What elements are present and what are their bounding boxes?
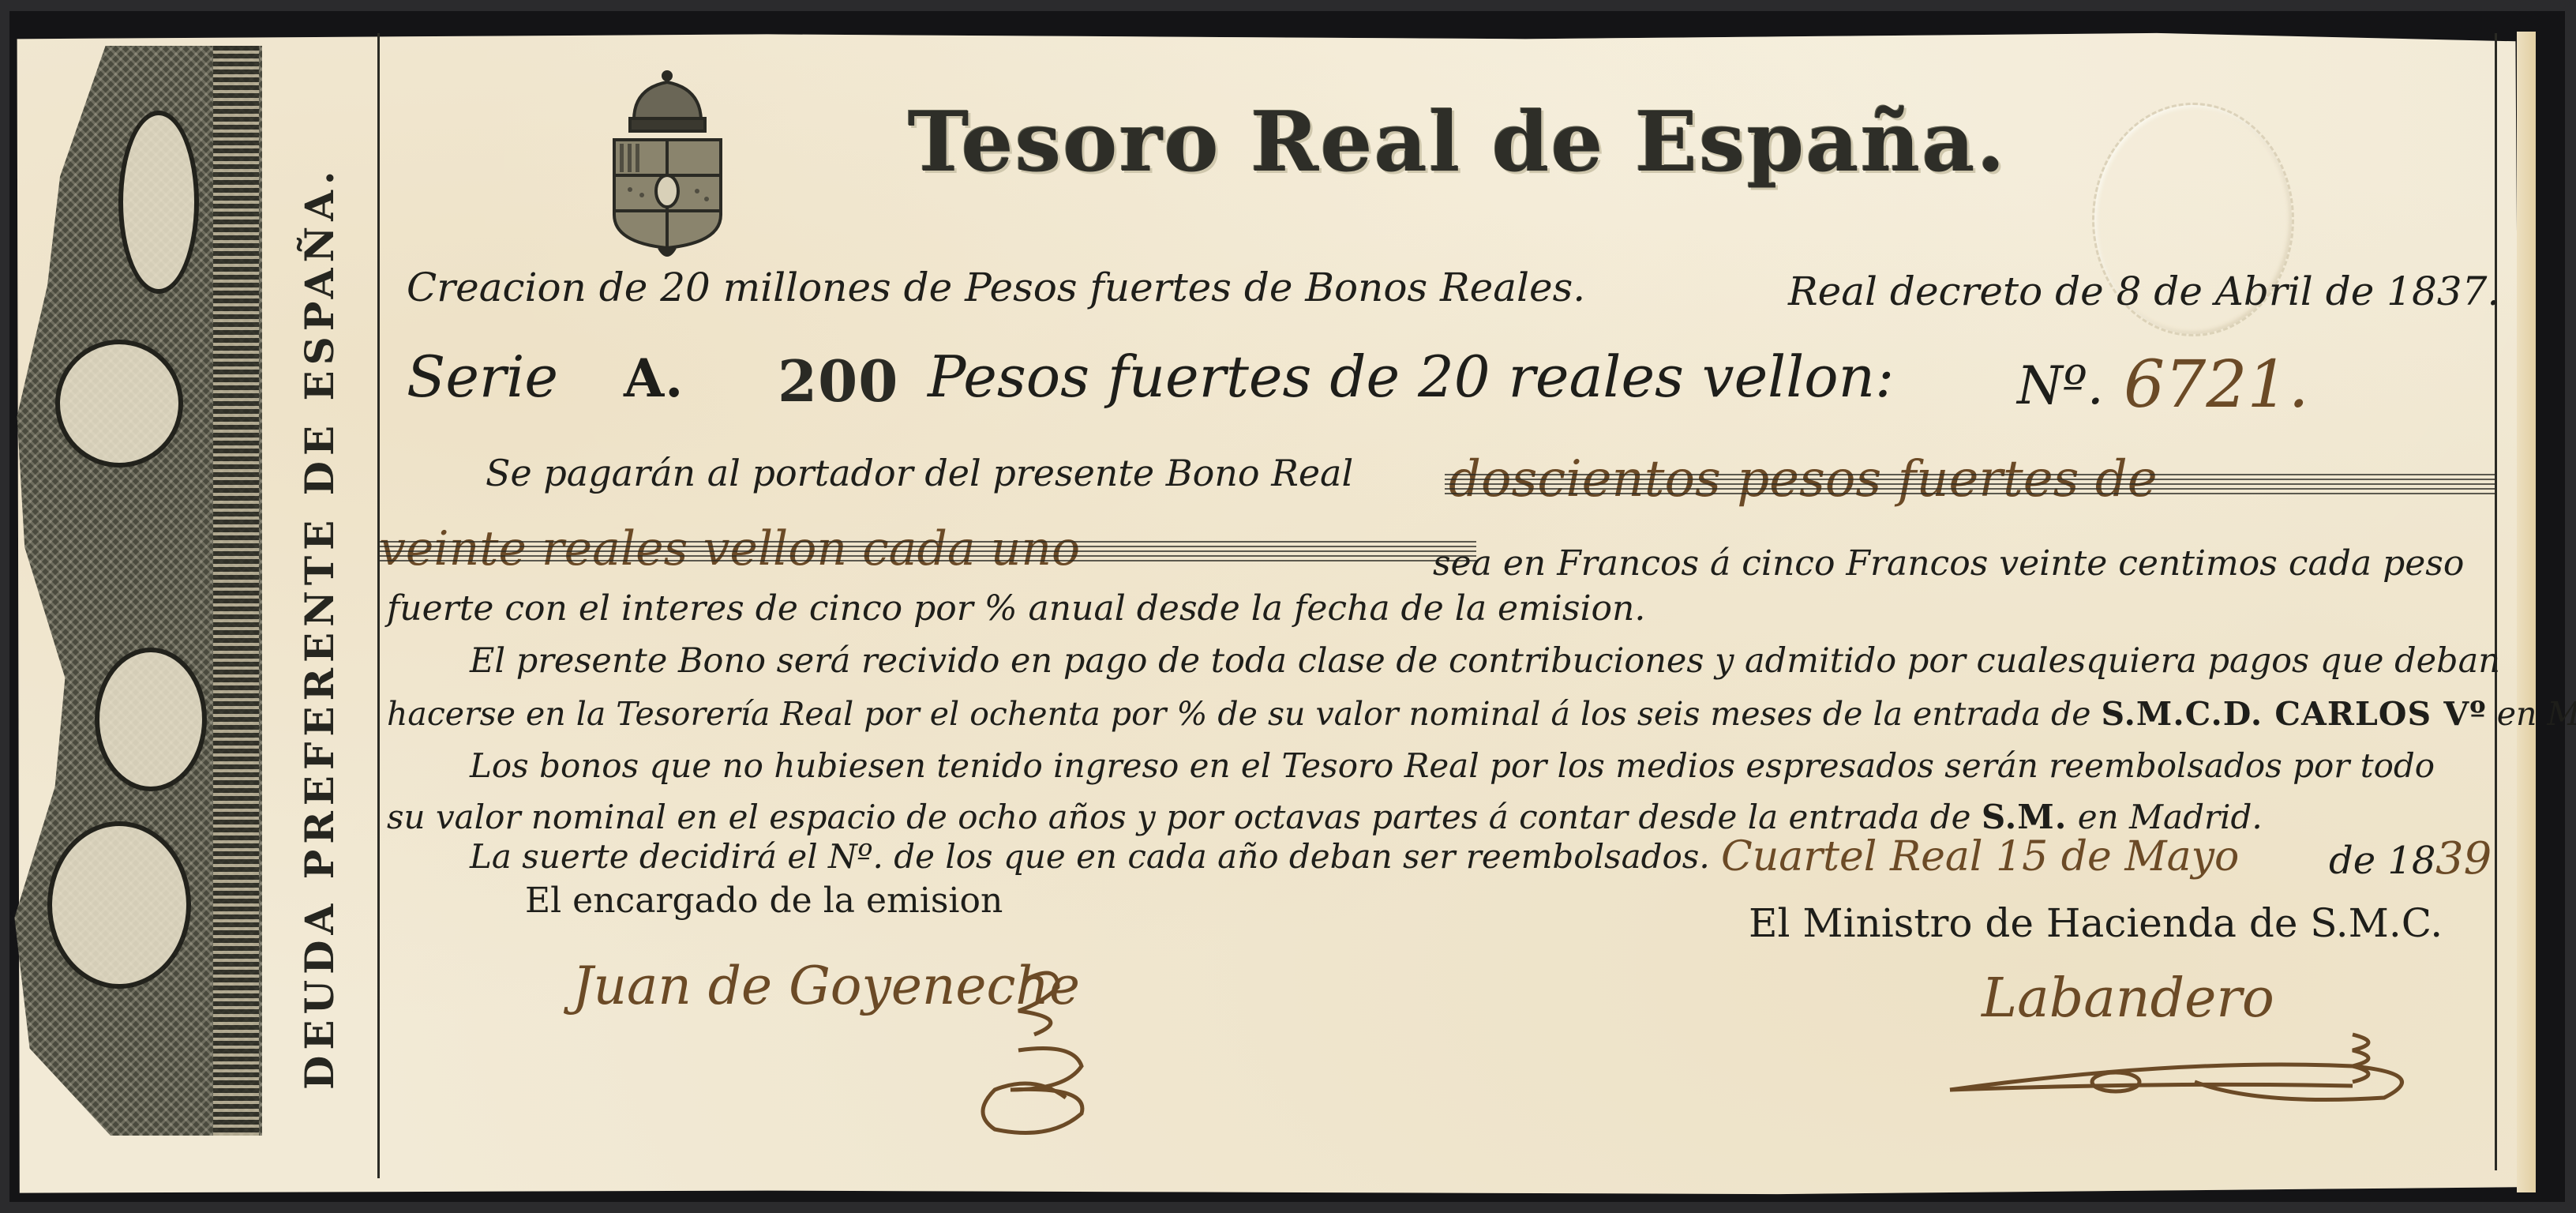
royal-crest-icon	[602, 65, 733, 266]
ornament-leaf-icon	[118, 111, 199, 294]
paper-right-margin	[2517, 32, 2536, 1192]
ornament-border-strip	[213, 46, 259, 1136]
minister-rubric-icon	[1942, 1003, 2447, 1113]
left-border-rule	[377, 33, 380, 1178]
lottery-clause: La suerte decidirá el Nº. de los que en …	[470, 837, 1710, 876]
number-label: Nº.	[2017, 355, 2104, 416]
series-label: Serie	[407, 344, 558, 410]
king-name: S.M.C.D. CARLOS Vº	[2102, 695, 2487, 733]
treasury-clause: hacerse en la Tesorería Real por el oche…	[387, 695, 2576, 733]
ornament-fan-icon	[47, 821, 191, 989]
redemption-term-end: en Madrid.	[2078, 798, 2263, 836]
redemption-term-clause: su valor nominal en el espacio de ocho a…	[387, 798, 2263, 836]
minister-label: El Ministro de Hacienda de S.M.C.	[1749, 900, 2443, 946]
bond-amount: 200	[778, 347, 898, 415]
franc-conversion-clause: sea en Francos á cinco Francos veinte ce…	[1433, 543, 2464, 584]
acceptance-clause: El presente Bono será recivido en pago d…	[470, 641, 2500, 681]
denomination-text: Pesos fuertes de 20 reales vellon:	[928, 344, 1894, 410]
scan-frame-bottom	[0, 1202, 2576, 1213]
ornament-loop-icon	[95, 648, 207, 791]
creation-line: Creacion de 20 millones de Pesos fuertes…	[407, 265, 1585, 310]
year-prefix: de 18	[2329, 839, 2435, 883]
payment-clause: Se pagarán al portador del presente Bono…	[486, 452, 1353, 494]
scan-frame-left	[0, 0, 9, 1213]
scan-frame-right	[2565, 0, 2576, 1213]
ornament-loop-icon	[55, 340, 183, 468]
decree-line: Real decreto de 8 de Abril de 1837.	[1788, 269, 2499, 314]
side-band-label: DEUDA PREFERENTE DE ESPAÑA.	[296, 166, 343, 1090]
year-suffix: 39	[2435, 833, 2492, 884]
document-title: Tesoro Real de España.	[908, 93, 2007, 190]
treasury-clause-end: en Madrid.	[2497, 695, 2576, 733]
issuer-rubric-icon	[963, 956, 1168, 1153]
interest-clause: fuerte con el interes de cinco por % anu…	[387, 588, 1645, 629]
series-letter: A.	[624, 347, 684, 409]
cancel-strike-lines	[1445, 474, 2495, 498]
right-border-rule	[2495, 33, 2497, 1170]
reimbursement-clause: Los bonos que no hubiesen tenido ingreso…	[470, 746, 2435, 785]
redemption-term-text: su valor nominal en el espacio de ocho a…	[387, 798, 1970, 836]
cancel-strike-lines	[379, 541, 1476, 565]
treasury-clause-text: hacerse en la Tesorería Real por el oche…	[387, 695, 2090, 733]
issue-place-date: Cuartel Real 15 de Mayo	[1721, 833, 2239, 881]
scan-frame-top	[0, 0, 2576, 11]
issuer-label: El encargado de la emision	[525, 881, 1003, 921]
sm-abbrev: S.M.	[1982, 798, 2068, 836]
serial-number: 6721.	[2124, 347, 2309, 422]
